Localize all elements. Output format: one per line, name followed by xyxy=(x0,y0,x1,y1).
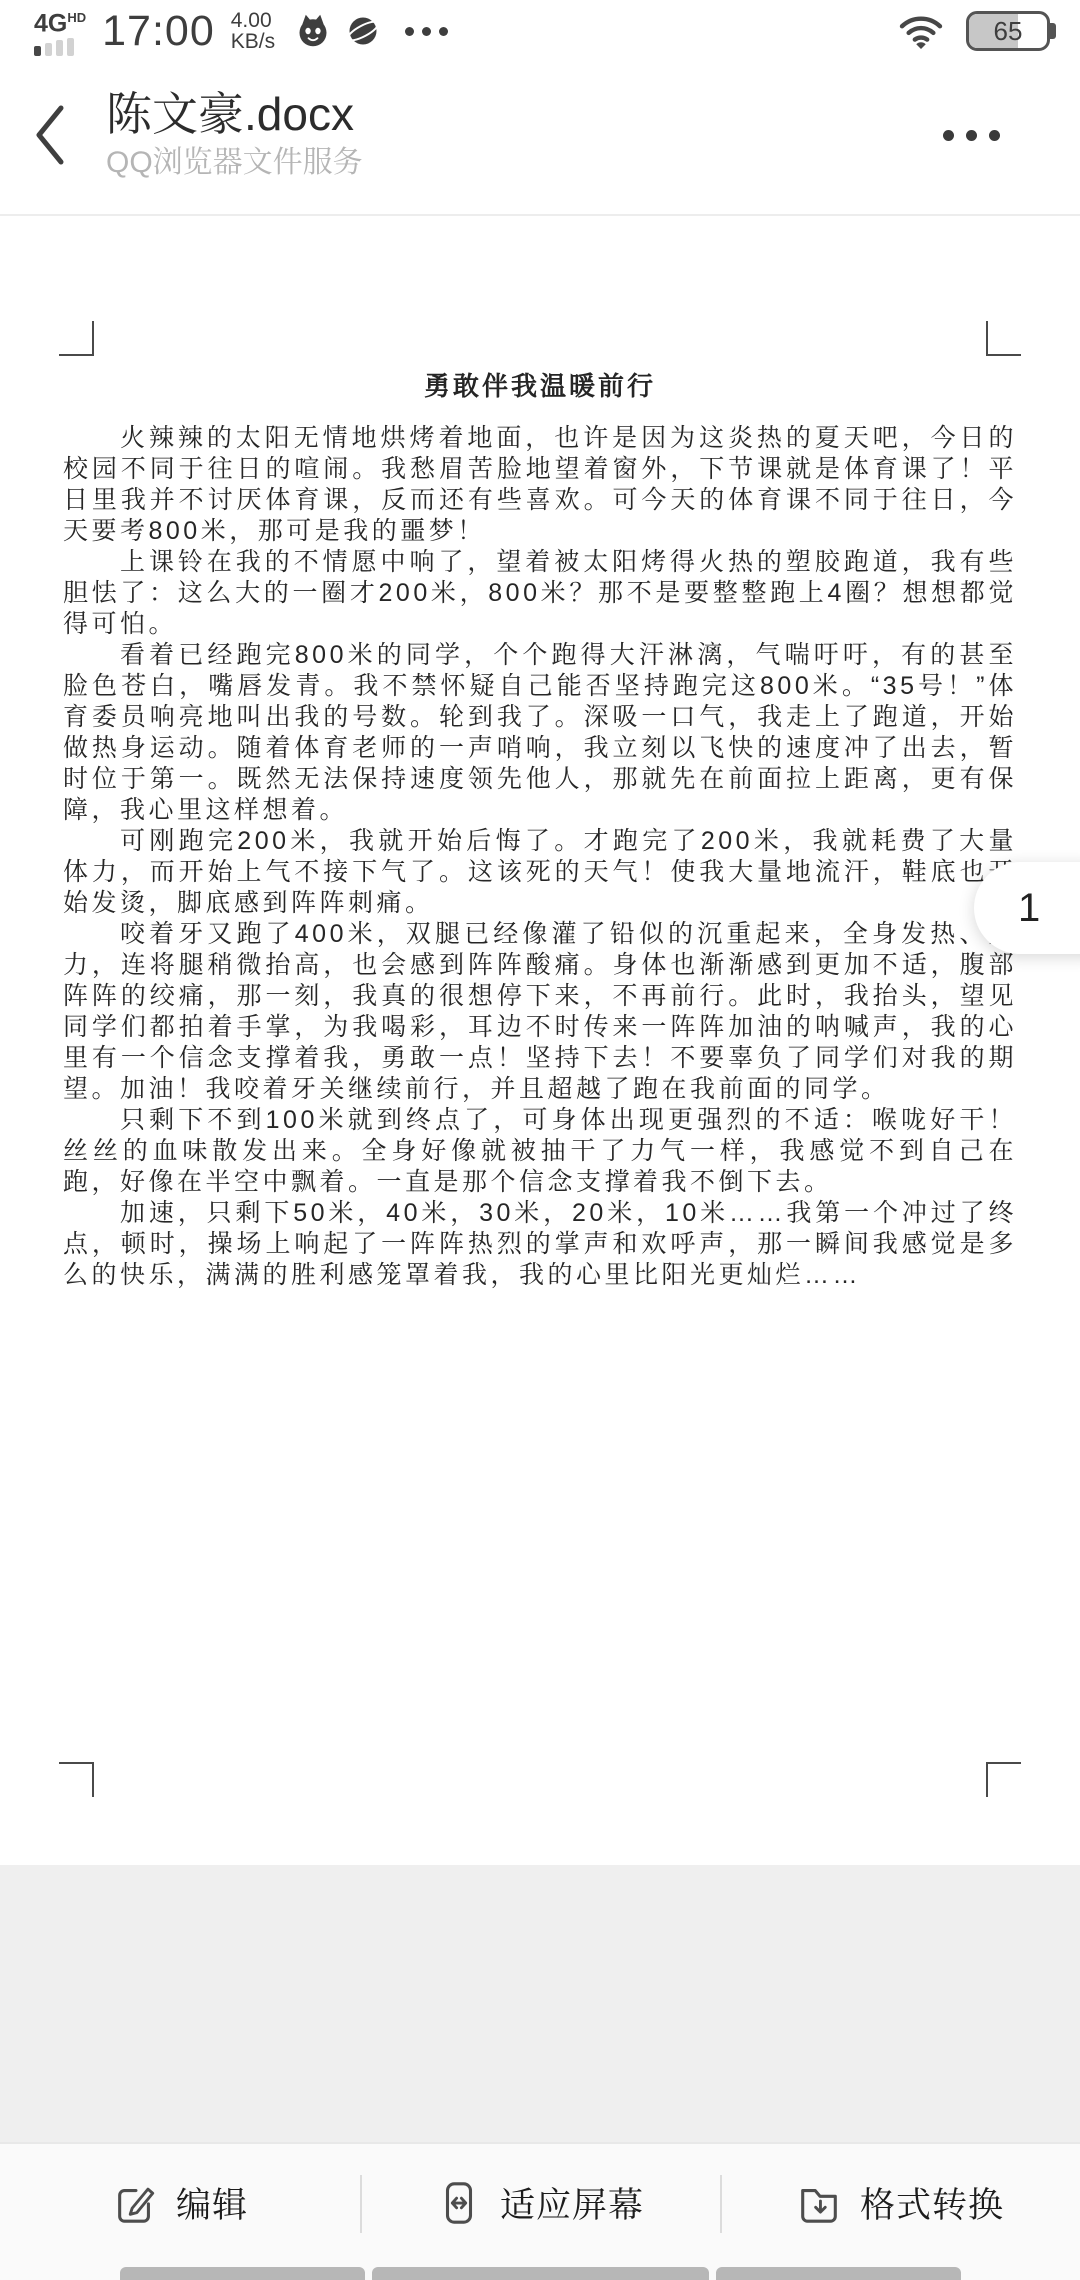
essay-title: 勇敢伴我温暖前行 xyxy=(0,218,1080,402)
scroll-background xyxy=(0,1865,1080,2142)
essay-paragraph: 上课铃在我的不情愿中响了，望着被太阳烤得火热的塑胶跑道，我有些胆怯了：这么大的一… xyxy=(63,547,1017,640)
file-info: 陈文豪.docx QQ浏览器文件服务 xyxy=(106,87,363,183)
nav-hint-bar xyxy=(120,2267,365,2280)
bottom-nav-hint-bars xyxy=(0,2267,1080,2280)
title-bar: 陈文豪.docx QQ浏览器文件服务 xyxy=(0,56,1080,216)
essay-paragraph: 加速，只剩下50米，40米，30米，20米，10米……我第一个冲过了终点，顿时，… xyxy=(63,1198,1017,1291)
back-chevron-icon xyxy=(33,103,67,167)
more-dots-icon xyxy=(943,130,954,141)
network-speed: 4.00 KB/s xyxy=(231,10,275,52)
fit-screen-icon xyxy=(436,2180,482,2226)
status-bar: 4GHD 17:00 4.00 KB/s xyxy=(0,0,1080,56)
essay-body: 火辣辣的太阳无情地烘烤着地面，也许是因为这炎热的夏天吧，今日的校园不同于往日的喧… xyxy=(0,423,1080,1291)
essay-paragraph: 火辣辣的太阳无情地烘烤着地面，也许是因为这炎热的夏天吧，今日的校园不同于往日的喧… xyxy=(63,423,1017,547)
edit-button[interactable]: 编辑 xyxy=(0,2144,360,2262)
format-convert-icon xyxy=(796,2180,842,2226)
edit-pencil-icon xyxy=(112,2180,158,2226)
fit-screen-button[interactable]: 适应屏幕 xyxy=(360,2144,720,2262)
essay-paragraph: 看着已经跑完800米的同学，个个跑得大汗淋漓，气喘吁吁，有的甚至脸色苍白，嘴唇发… xyxy=(63,640,1017,826)
essay-paragraph: 咬着牙又跑了400米，双腿已经像灌了铅似的沉重起来，全身发热、无力，连将腿稍微抬… xyxy=(63,919,1017,1105)
format-convert-label: 格式转换 xyxy=(860,2178,1004,2228)
speed-unit: KB/s xyxy=(231,31,275,52)
network-type-label: 4GHD xyxy=(34,6,86,35)
browser-planet-icon xyxy=(345,13,381,49)
document-viewer[interactable]: 勇敢伴我温暖前行 火辣辣的太阳无情地烘烤着地面，也许是因为这炎热的夏天吧，今日的… xyxy=(0,218,1080,1865)
page-corner-mark-top-right xyxy=(986,321,1021,356)
bottom-toolbar: 编辑 适应屏幕 格式转换 xyxy=(0,2142,1080,2280)
back-button[interactable] xyxy=(0,75,100,195)
file-source: QQ浏览器文件服务 xyxy=(106,143,363,183)
edit-label: 编辑 xyxy=(176,2178,248,2228)
file-name: 陈文豪.docx xyxy=(106,87,363,141)
essay-paragraph: 只剩下不到100米就到终点了，可身体出现更强烈的不适：喉咙好干！丝丝的血味散发出… xyxy=(63,1105,1017,1198)
battery-percent: 65 xyxy=(994,16,1023,47)
nav-hint-bar xyxy=(372,2267,709,2280)
essay-paragraph: 可刚跑完200米，我就开始后悔了。才跑完了200米，我就耗费了大量体力，而开始上… xyxy=(63,826,1017,919)
more-notifications-icon xyxy=(405,27,448,36)
battery-nub xyxy=(1050,23,1056,39)
clock-time: 17:00 xyxy=(102,7,215,56)
battery-indicator: 65 xyxy=(966,11,1050,51)
signal-bars-icon xyxy=(34,38,74,56)
fit-screen-label: 适应屏幕 xyxy=(500,2178,644,2228)
page-corner-mark-bottom-right xyxy=(986,1762,1021,1797)
cellular-signal: 4GHD xyxy=(34,6,86,55)
page-number: 1 xyxy=(1018,886,1040,931)
page-number-bubble[interactable]: 1 xyxy=(974,862,1080,954)
notification-icons xyxy=(295,13,448,49)
qq-face-icon xyxy=(295,13,331,49)
nav-hint-bar xyxy=(716,2267,961,2280)
more-menu-button[interactable] xyxy=(923,110,1020,161)
format-convert-button[interactable]: 格式转换 xyxy=(720,2144,1080,2262)
speed-value: 4.00 xyxy=(231,10,275,31)
page-corner-mark-top-left xyxy=(59,321,94,356)
page-corner-mark-bottom-left xyxy=(59,1762,94,1797)
wifi-icon xyxy=(898,12,944,50)
